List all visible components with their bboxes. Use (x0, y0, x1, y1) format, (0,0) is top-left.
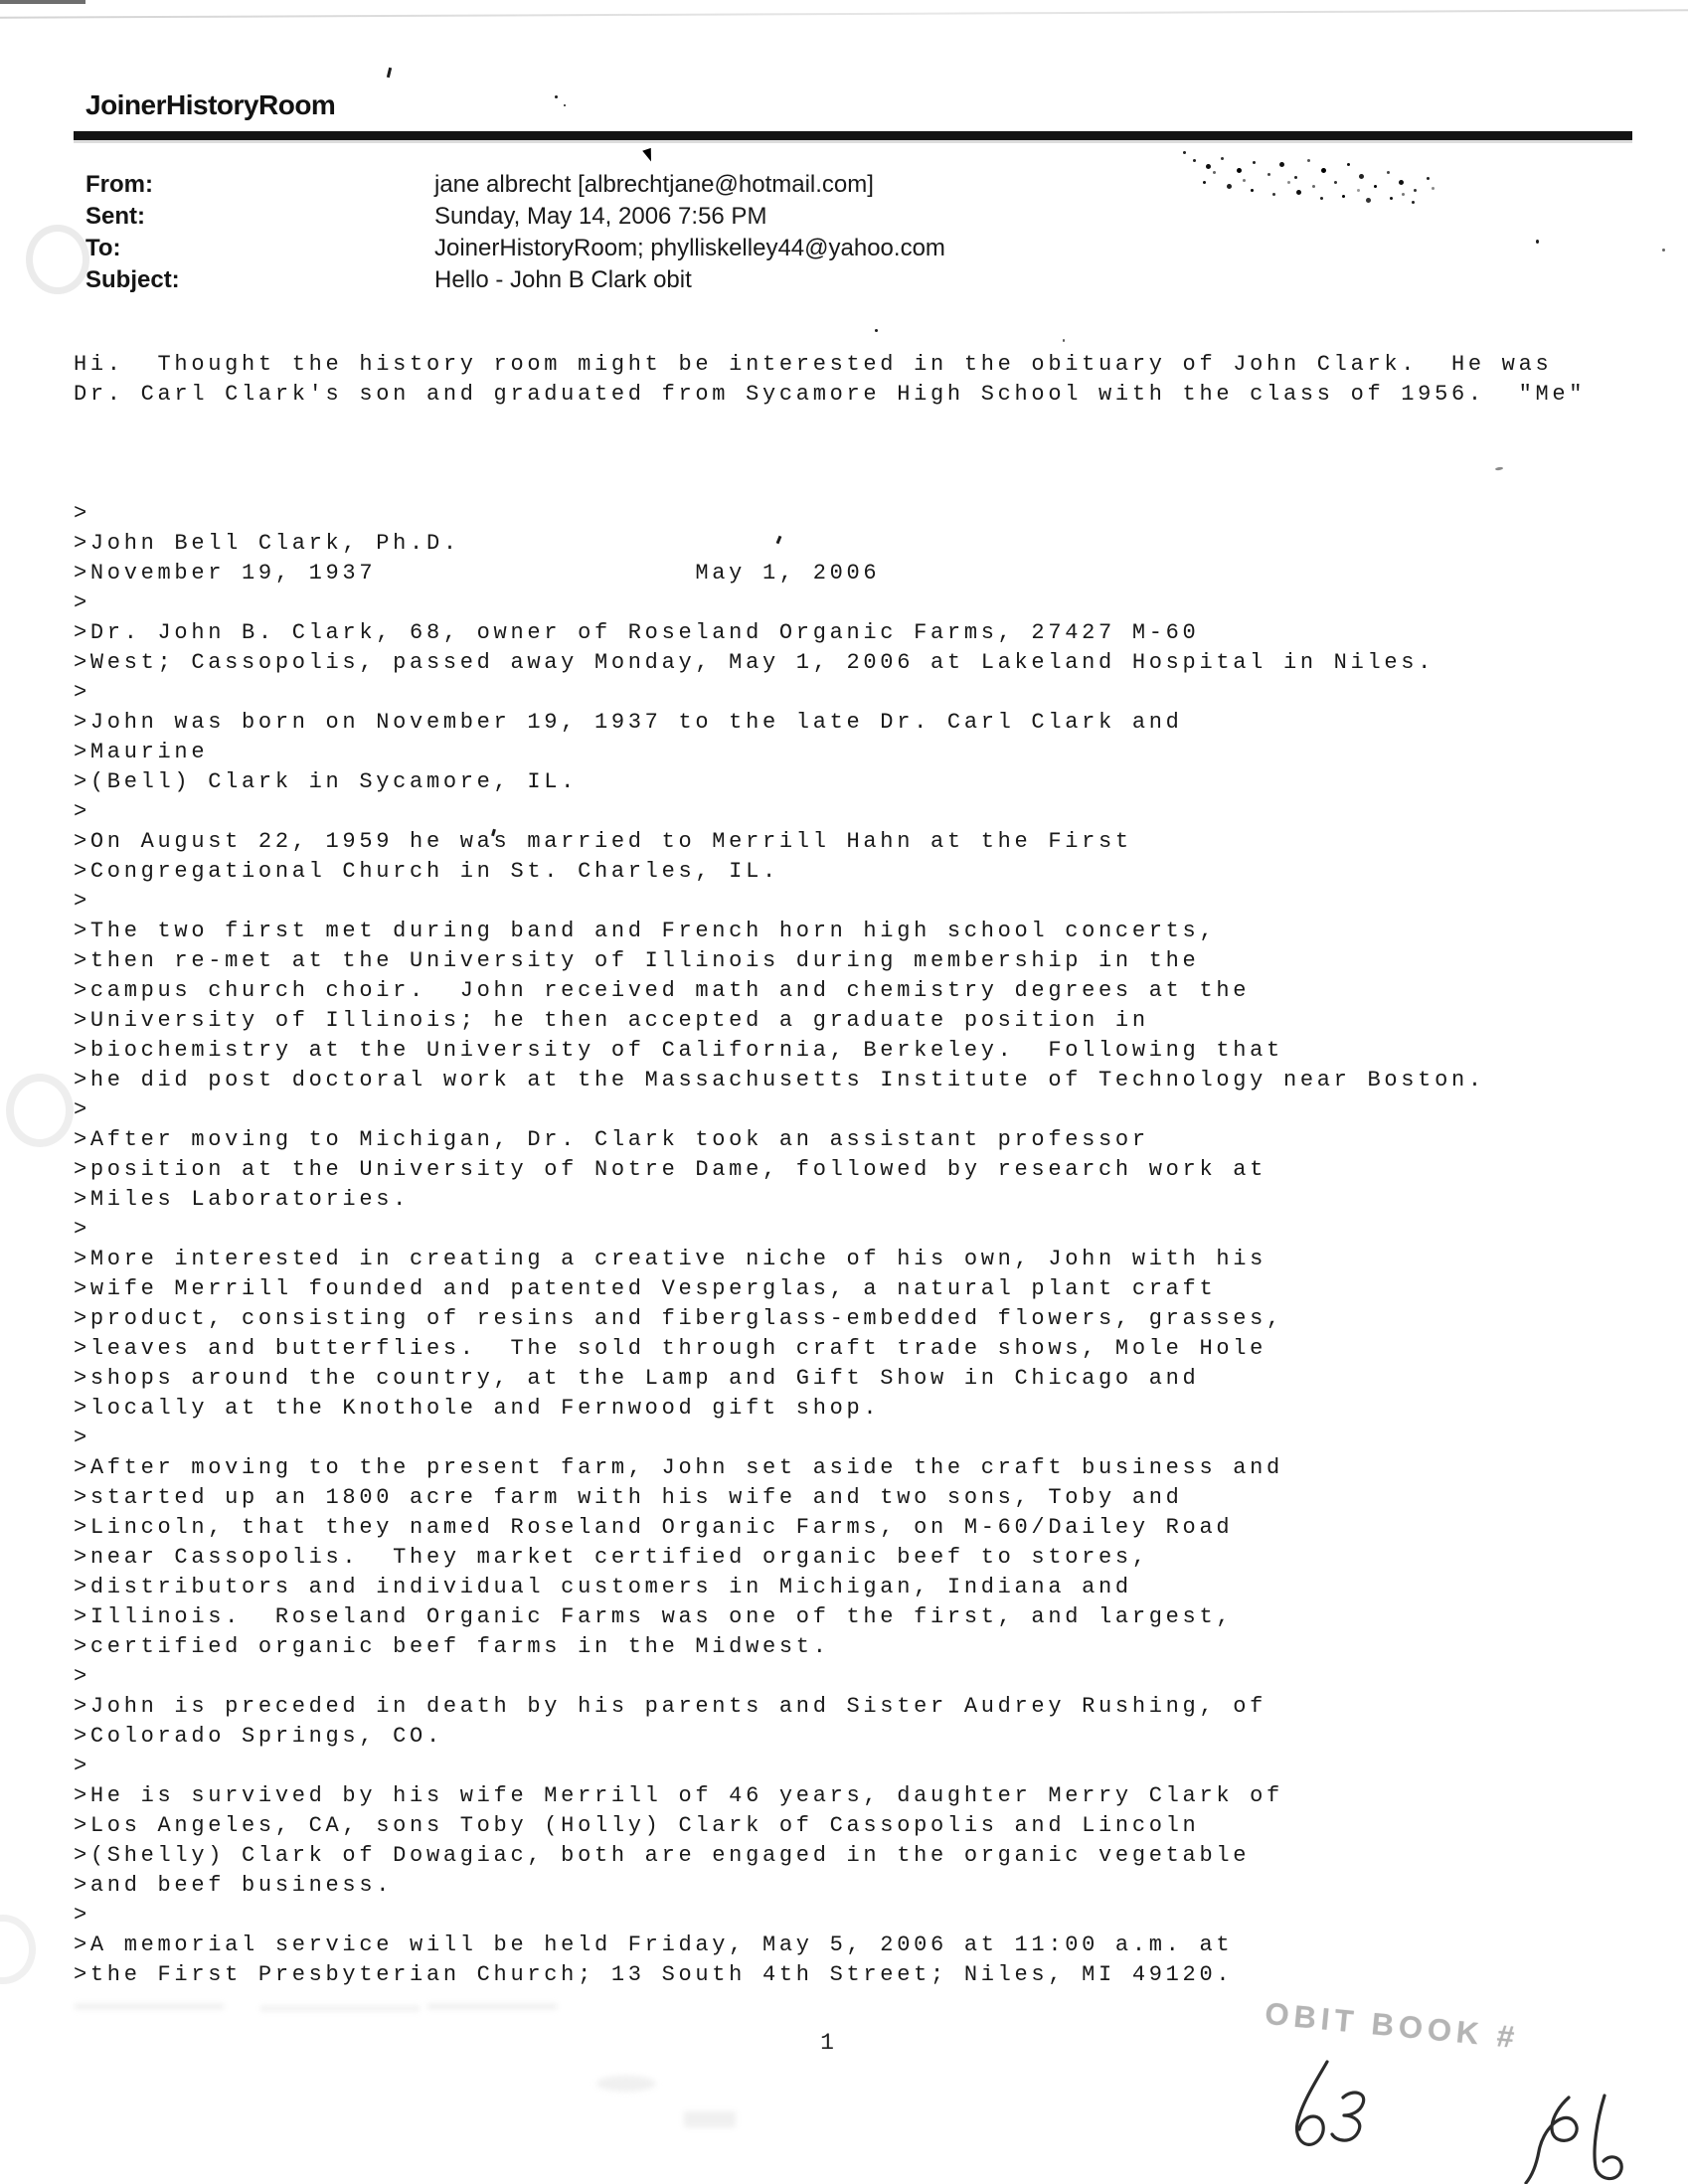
page-title: JoinerHistoryRoom (85, 89, 335, 121)
field-label-sent: Sent: (85, 203, 434, 231)
scanned-email-page: JoinerHistoryRoom From:jane albrecht [al… (0, 0, 1688, 2184)
scan-speck (387, 68, 392, 78)
scan-smudge (260, 2006, 420, 2011)
email-intro-text: Hi. Thought the history room might be in… (74, 350, 1586, 410)
field-value-subject: Hello - John B Clark obit (434, 266, 692, 293)
scan-smudge (596, 2076, 656, 2092)
field-label-subject: Subject: (85, 266, 434, 294)
scan-speck (1495, 466, 1503, 470)
page-number: 1 (807, 2030, 847, 2056)
scan-speck (1063, 339, 1065, 342)
field-label-to: To: (85, 235, 434, 262)
scan-smudge (684, 2111, 736, 2127)
obit-book-stamp: OBIT BOOK # (1264, 1996, 1521, 2056)
scan-speck (564, 104, 566, 106)
scan-cursor-artifact (642, 148, 655, 163)
hole-punch-shadow (26, 225, 89, 294)
field-value-to: JoinerHistoryRoom; phylliskelley44@yahoo… (434, 235, 945, 261)
handwritten-number-63 (1287, 2058, 1375, 2153)
hole-punch-shadow (6, 1074, 74, 1147)
scan-smudge (427, 2004, 557, 2009)
field-label-from: From: (85, 171, 434, 199)
obituary-quoted-text: > >John Bell Clark, Ph.D. >November 19, … (74, 499, 1485, 1990)
header-rule (74, 131, 1632, 140)
scan-speck (555, 95, 558, 98)
scan-speck (1536, 240, 1539, 244)
scan-smudge (75, 2004, 224, 2009)
hole-punch-shadow (0, 1915, 36, 1984)
field-value-sent: Sunday, May 14, 2006 7:56 PM (434, 203, 766, 230)
email-field-to: To:JoinerHistoryRoom; phylliskelley44@ya… (85, 235, 945, 262)
scan-smudge (1183, 151, 1186, 154)
email-field-subject: Subject:Hello - John B Clark obit (85, 266, 692, 294)
scan-edge-mark (0, 0, 85, 4)
email-field-sent: Sent:Sunday, May 14, 2006 7:56 PM (85, 203, 766, 231)
scan-speck (1662, 249, 1665, 252)
handwritten-number-86 (1523, 2094, 1632, 2184)
email-field-from: From:jane albrecht [albrechtjane@hotmail… (85, 171, 874, 199)
field-value-from: jane albrecht [albrechtjane@hotmail.com] (434, 171, 874, 198)
scan-speck (875, 329, 878, 332)
scan-edge-line (0, 9, 1688, 19)
